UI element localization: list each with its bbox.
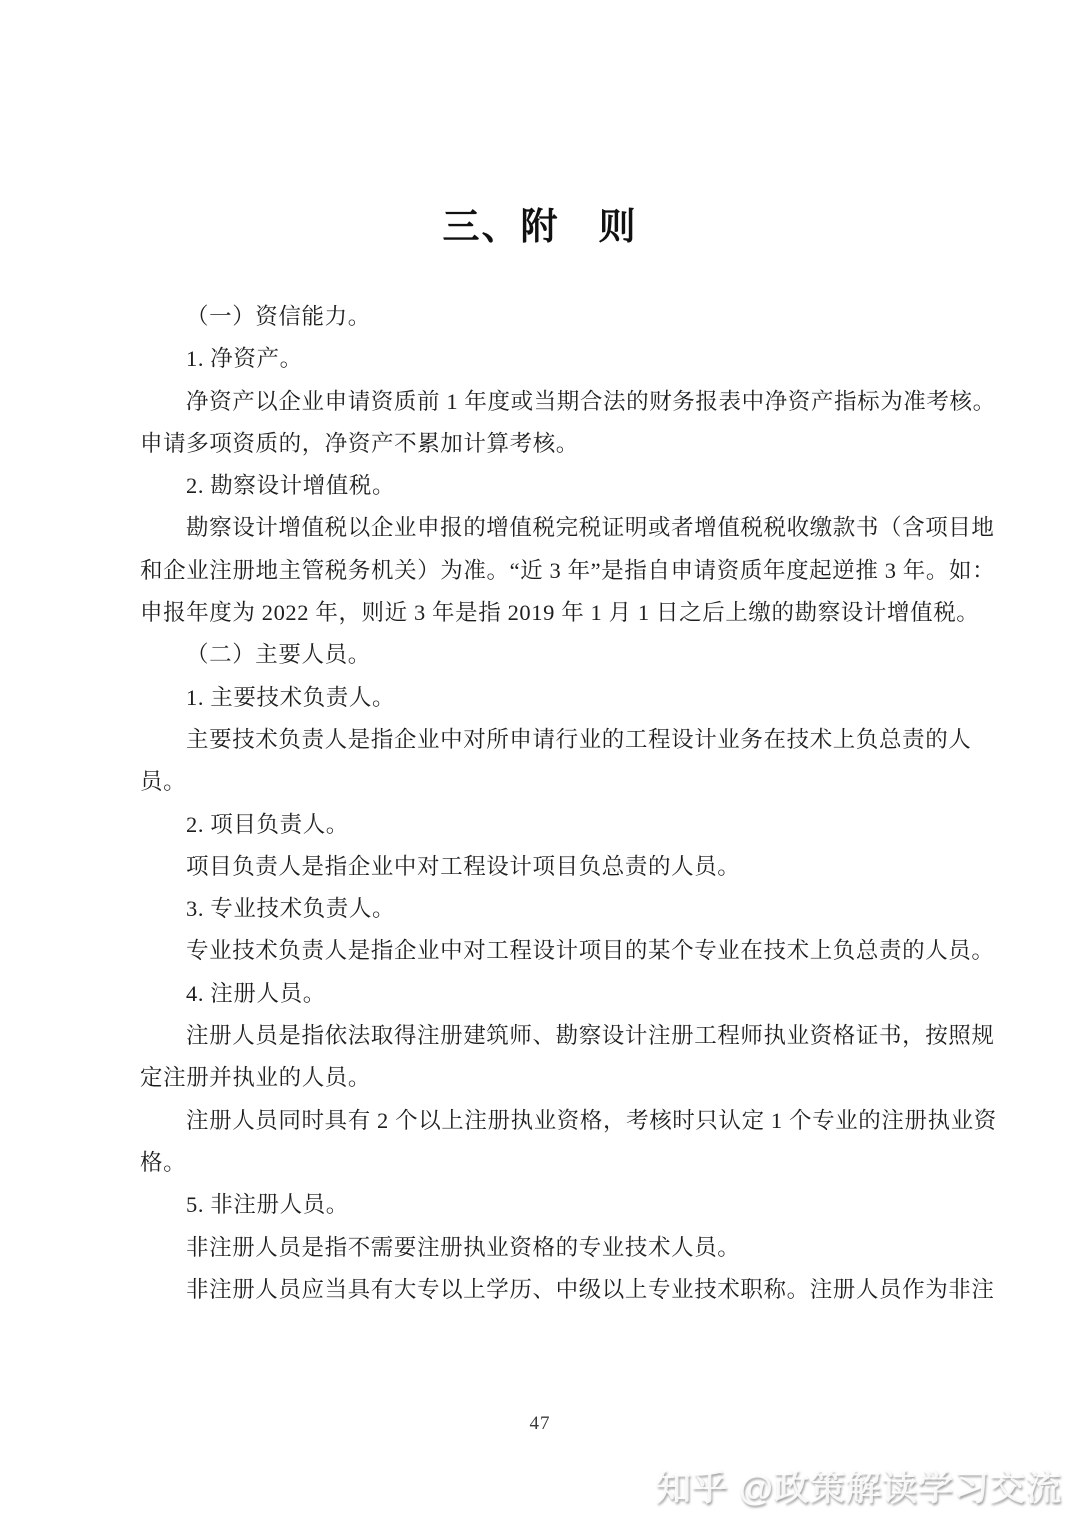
text-line: 2. 项目负责人。 [140, 804, 965, 846]
text-line: （一）资信能力。 [140, 296, 965, 338]
text-line: 5. 非注册人员。 [140, 1184, 965, 1226]
text-line: 非注册人员应当具有大专以上学历、中级以上专业技术职称。注册人员作为非注 [140, 1269, 965, 1311]
document-body: （一）资信能力。1. 净资产。净资产以企业申请资质前 1 年度或当期合法的财务报… [140, 296, 965, 1311]
text-line: 申报年度为 2022 年，则近 3 年是指 2019 年 1 月 1 日之后上缴… [140, 592, 965, 634]
text-line: 4. 注册人员。 [140, 973, 965, 1015]
text-line: 净资产以企业申请资质前 1 年度或当期合法的财务报表中净资产指标为准考核。 [140, 381, 965, 423]
text-line: （二）主要人员。 [140, 634, 965, 676]
text-line: 注册人员是指依法取得注册建筑师、勘察设计注册工程师执业资格证书，按照规 [140, 1015, 965, 1057]
zhihu-watermark: 知乎 @政策解读学习交流 [656, 1461, 1062, 1511]
text-line: 格。 [140, 1142, 965, 1184]
page-number: 47 [0, 1413, 1080, 1435]
text-line: 员。 [140, 761, 965, 803]
text-line: 1. 主要技术负责人。 [140, 677, 965, 719]
text-line: 2. 勘察设计增值税。 [140, 465, 965, 507]
text-line: 定注册并执业的人员。 [140, 1057, 965, 1099]
text-line: 和企业注册地主管税务机关）为准。“近 3 年”是指自申请资质年度起逆推 3 年。… [140, 550, 965, 592]
document-page: 三、附 则 （一）资信能力。1. 净资产。净资产以企业申请资质前 1 年度或当期… [0, 0, 1080, 1527]
text-line: 项目负责人是指企业中对工程设计项目负总责的人员。 [140, 846, 965, 888]
text-line: 非注册人员是指不需要注册执业资格的专业技术人员。 [140, 1227, 965, 1269]
text-line: 3. 专业技术负责人。 [140, 888, 965, 930]
text-line: 注册人员同时具有 2 个以上注册执业资格，考核时只认定 1 个专业的注册执业资 [140, 1100, 965, 1142]
text-line: 申请多项资质的，净资产不累加计算考核。 [140, 423, 965, 465]
text-line: 专业技术负责人是指企业中对工程设计项目的某个专业在技术上负总责的人员。 [140, 930, 965, 972]
text-line: 1. 净资产。 [140, 338, 965, 380]
text-line: 主要技术负责人是指企业中对所申请行业的工程设计业务在技术上负总责的人 [140, 719, 965, 761]
text-line: 勘察设计增值税以企业申报的增值税完税证明或者增值税税收缴款书（含项目地 [140, 507, 965, 549]
page-title: 三、附 则 [0, 196, 1080, 250]
